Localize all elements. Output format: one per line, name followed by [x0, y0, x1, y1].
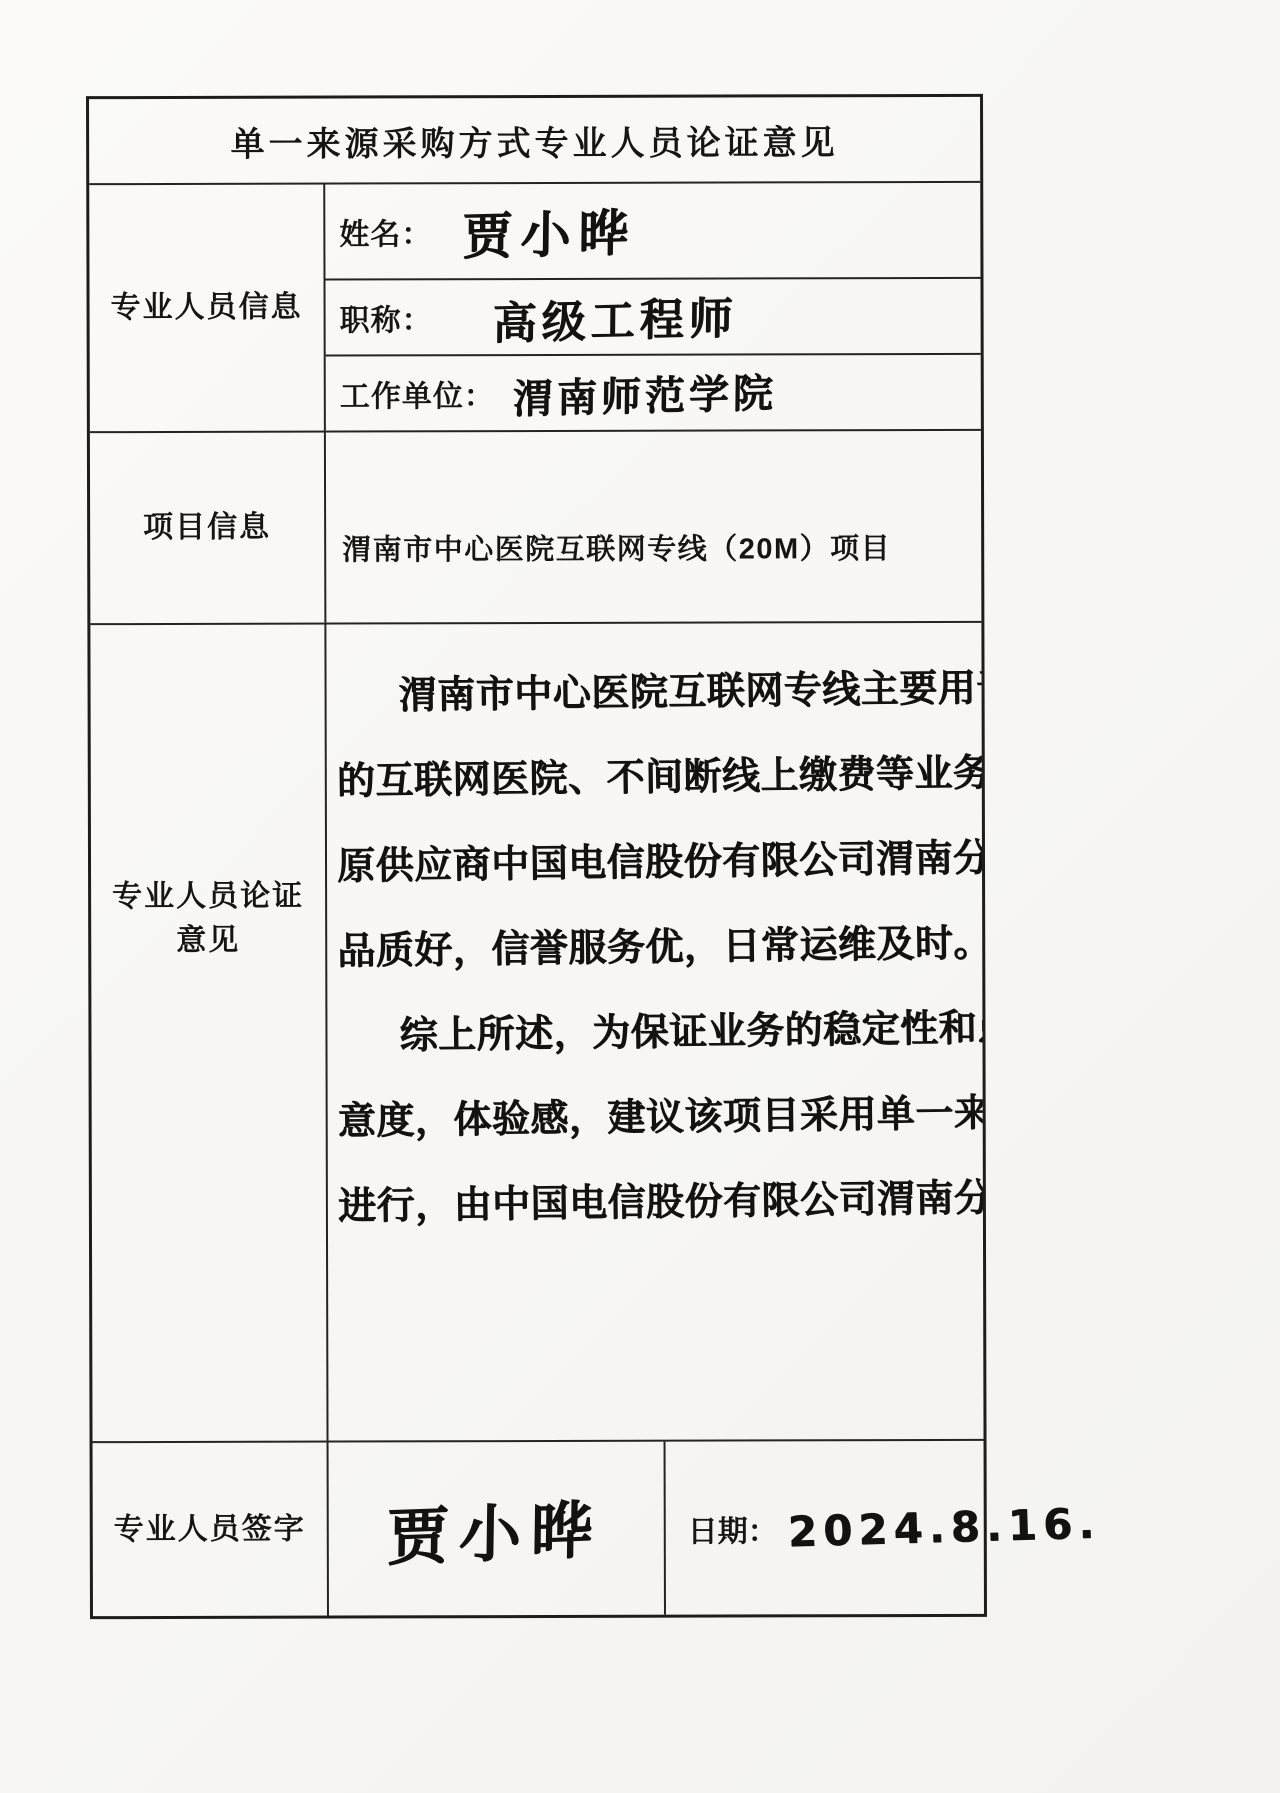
signature-value-cell: 贾小晔	[329, 1442, 666, 1616]
opinion-line: 渭南市中心医院互联网专线主要用于中心医院	[336, 645, 978, 738]
scanned-form-page: 单一来源采购方式专业人员论证意见 专业人员信息 姓名： 贾小晔 职称： 高级工程…	[0, 0, 1280, 1793]
opinion-line: 意度，体验感，建议该项目采用单一来源方式	[337, 1070, 979, 1163]
opinion-form-table: 单一来源采购方式专业人员论证意见 专业人员信息 姓名： 贾小晔 职称： 高级工程…	[86, 94, 987, 1619]
personnel-info-label: 专业人员信息	[111, 286, 303, 330]
work-unit-handwritten-value: 渭南师范学院	[512, 361, 777, 424]
date-cell: 日期： 2024.8.16.	[666, 1441, 1101, 1615]
form-title-row: 单一来源采购方式专业人员论证意见	[89, 97, 980, 185]
opinion-label-cell: 专业人员论证 意见	[90, 625, 328, 1442]
project-info-value-cell: 渭南市中心医院互联网专线（20M）项目	[326, 431, 981, 623]
name-field-row: 姓名： 贾小晔	[325, 183, 980, 281]
signature-label: 专业人员签字	[114, 1507, 306, 1551]
opinion-label-line2: 意见	[176, 918, 240, 962]
opinion-line: 的互联网医院、不间断线上缴费等业务，	[336, 730, 978, 823]
opinion-line: 进行，由中国电信股份有限公司渭南分公司提供服务。	[337, 1155, 979, 1248]
opinion-line: 原供应商中国电信股份有限公司渭南分公司专线	[336, 815, 978, 908]
signature-label-cell: 专业人员签字	[93, 1443, 329, 1617]
opinion-line: 品质好，信誉服务优，日常运维及时。	[337, 900, 979, 993]
name-field-label: 姓名：	[339, 209, 432, 253]
opinion-line: 综上所述，为保证业务的稳定性和患者满	[337, 985, 979, 1078]
title-field-label: 职称：	[340, 295, 433, 339]
signature-row: 专业人员签字 贾小晔 日期： 2024.8.16.	[93, 1441, 984, 1616]
personnel-fields: 姓名： 贾小晔 职称： 高级工程师 工作单位： 渭南师范学院	[325, 183, 981, 431]
name-handwritten-value: 贾小晔	[462, 193, 637, 269]
handwritten-signature: 贾小晔	[386, 1480, 603, 1577]
project-info-value: 渭南市中心医院互联网专线（20M）项目	[342, 526, 891, 568]
personnel-info-label-cell: 专业人员信息	[89, 185, 326, 432]
date-label: 日期：	[688, 1506, 778, 1550]
title-handwritten-value: 高级工程师	[492, 282, 738, 352]
opinion-label-line1: 专业人员论证	[112, 875, 304, 919]
work-unit-field-label: 工作单位：	[340, 371, 495, 415]
opinion-row: 专业人员论证 意见 渭南市中心医院互联网专线主要用于中心医院 的互联网医院、不间…	[90, 623, 983, 1443]
form-title: 单一来源采购方式专业人员论证意见	[231, 115, 839, 166]
project-info-row: 项目信息 渭南市中心医院互联网专线（20M）项目	[90, 431, 981, 625]
handwritten-date-value: 2024.8.16.	[787, 1498, 1101, 1556]
title-field-row: 职称： 高级工程师	[325, 279, 980, 357]
personnel-info-row: 专业人员信息 姓名： 贾小晔 职称： 高级工程师 工作单位： 渭南师范学院	[89, 183, 981, 433]
work-unit-field-row: 工作单位： 渭南师范学院	[326, 355, 981, 431]
opinion-handwritten-content: 渭南市中心医院互联网专线主要用于中心医院 的互联网医院、不间断线上缴费等业务， …	[326, 623, 983, 1441]
project-info-label: 项目信息	[143, 506, 271, 550]
project-info-label-cell: 项目信息	[90, 433, 326, 624]
